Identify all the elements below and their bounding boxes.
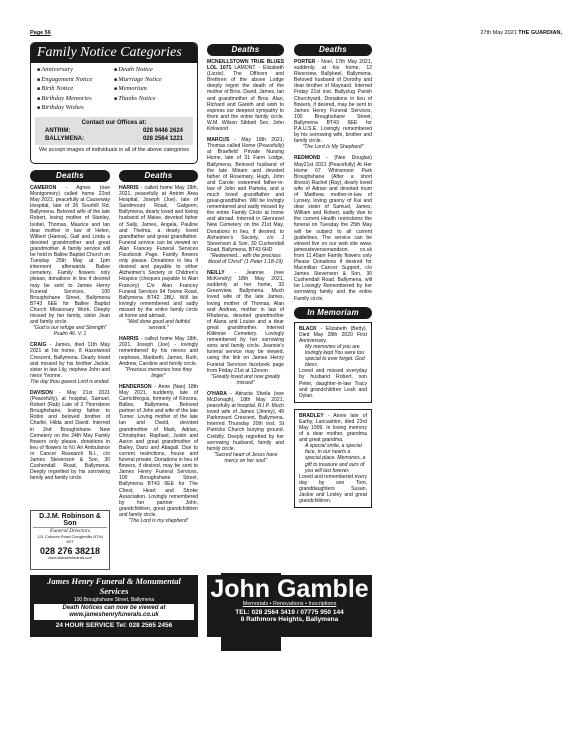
family-notice-categories-box: Family Notice Categories Anniversary Dea… [30,42,198,164]
page-folio: Page 56 27th May 2021 THE GUARDIAN, [30,28,562,38]
images-note: We accept images of individuals in all o… [31,145,197,154]
category-item: Engagement Notice [37,76,114,86]
section-header-deaths: Deaths [30,170,110,182]
masthead-date: 27th May 2021 THE GUARDIAN, [480,30,562,36]
section-header-deaths: Deaths [294,44,372,56]
death-notice: CRAIG - James, died 11th May 2021 at his… [30,342,110,385]
column-deaths-2: Deaths HARRIS - called home May 18th, 20… [119,170,198,529]
death-notice: REDMOND - (Nee Douglas) May21st 2021 (Pe… [294,155,372,301]
death-notice: CAMERON - Agnes (nee Montgomery) called … [30,185,110,337]
office-antrim: ANTRIM:028 9446 2624 [39,127,189,135]
death-notice: NEILLY - Jeannie (nee McKendry) 18th May… [207,270,284,386]
category-item: Memorium [114,85,191,95]
death-notice: DAVISON - May 21st 2021 (Peacefully), at… [30,390,110,481]
category-item: Anniversary [37,66,114,76]
memoriam-notice: BRADLEY - Annie late of Earby, Lancashir… [294,409,372,508]
robinson-phone: 028 276 38218 [33,546,107,556]
category-item: Death Notice [114,66,191,76]
family-notice-title: Family Notice Categories [31,43,197,63]
section-header-deaths: Deaths [119,170,198,182]
contact-offices: Contact our Offices at: ANTRIM:028 9446 … [35,117,193,145]
newspaper-page: Page 56 27th May 2021 THE GUARDIAN, Fami… [30,30,562,670]
page-number: Page 56 [30,30,51,36]
paper-name: THE GUARDIAN, [518,30,562,36]
category-item: Birthday Memories [37,95,114,105]
category-item: Marriage Notice [114,76,191,86]
death-notice: O'HARA - Attracta Sheila (nee McDonagh),… [207,391,284,464]
death-notice: PORTER - Noel, 17th May 2021, suddenly, … [294,59,372,150]
section-header-deaths: Deaths [207,44,284,56]
column-deaths-4: Deaths PORTER - Noel, 17th May 2021, sud… [294,44,372,514]
death-notice: HARRIS - called home May 18th, 2021, pea… [119,185,198,331]
category-item: Thanks Notice [114,95,191,105]
ad-james-henry-funeral: James Henry Funeral & Monumental Service… [30,575,198,637]
ad-robinson-funeral-directors: D.J.M. Robinson & Son Funeral Directors … [30,510,110,570]
column-deaths-3: Deaths MCNEILLSTOWN TRUE BLUES LOL 1071 … [207,44,284,469]
section-header-in-memoriam: In Memoriam [294,307,372,319]
category-list: Anniversary Death Notice Engagement Noti… [31,63,197,114]
column-deaths-1: Deaths CAMERON - Agnes (nee Montgomery) … [30,170,110,486]
category-item: Birthday Wishes [37,104,114,114]
office-ballymena: BALLYMENA:028 2564 1221 [39,135,189,143]
death-notice: HENDERSON - Anne (Nan) 18th May 2021, su… [119,384,198,524]
category-item: Birth Notice [37,85,114,95]
death-notice: MARCUS - May 18th 2021, Thomas called Ho… [207,137,284,265]
ad-john-gamble-memorials: John Gamble Memorials • Renovations • In… [207,575,372,637]
memoriam-notice: BLACK - Elizabeth (Betty). Died May 28th… [294,322,372,403]
death-notice: MCNEILLSTOWN TRUE BLUES LOL 1071 LAMONT … [207,59,284,132]
james-henry-web-note: Death Notices can now be viewed at www.j… [34,604,194,620]
death-notice: HARRIS - called home May 18th, 2021, Jos… [119,336,198,379]
